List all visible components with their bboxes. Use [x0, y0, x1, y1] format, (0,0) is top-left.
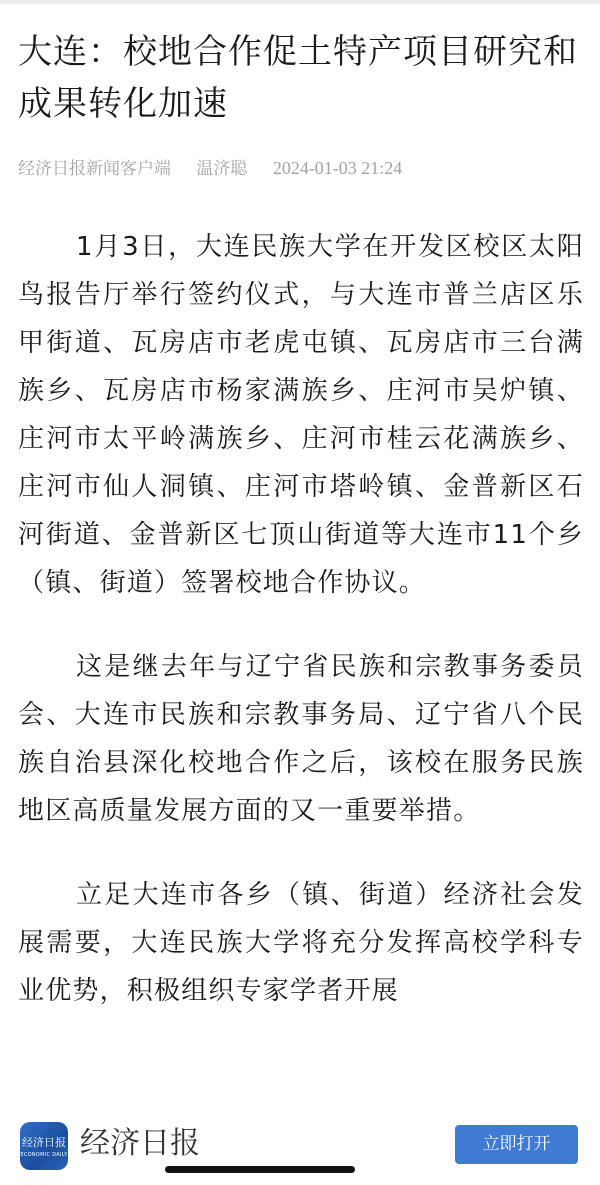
article-datetime: 2024-01-03 21:24	[273, 158, 403, 178]
brand-name: 经济日报	[80, 1124, 200, 1164]
article-paragraph: 这是继去年与辽宁省民族和宗教事务委员会、大连市民族和宗教事务局、辽宁省八个民族自…	[18, 643, 584, 835]
logo-text: 经济日报	[20, 1134, 68, 1150]
economic-daily-logo-icon: 经济日报 ECONOMIC DAILY	[20, 1122, 68, 1170]
open-app-button[interactable]: 立即打开	[455, 1125, 578, 1164]
article-paragraph: 1月3日，大连民族大学在开发区校区太阳鸟报告厅举行签约仪式，与大连市普兰店区乐甲…	[18, 223, 584, 607]
home-indicator[interactable]	[165, 1166, 355, 1173]
top-divider	[0, 0, 600, 4]
article-source: 经济日报新闻客户端	[18, 159, 171, 179]
article-title: 大连：校地合作促土特产项目研究和成果转化加速	[18, 26, 584, 130]
article: 大连：校地合作促土特产项目研究和成果转化加速 经济日报新闻客户端 温济聪 202…	[18, 26, 584, 1015]
article-author: 温济聪	[196, 159, 247, 179]
app-download-banner: 经济日报 ECONOMIC DAILY 经济日报 立即打开	[0, 1110, 600, 1185]
article-meta: 经济日报新闻客户端 温济聪 2024-01-03 21:24	[18, 156, 584, 181]
logo-subtext: ECONOMIC DAILY	[20, 1152, 68, 1158]
article-paragraph: 立足大连市各乡（镇、街道）经济社会发展需要，大连民族大学将充分发挥高校学科专业优…	[18, 871, 584, 1015]
